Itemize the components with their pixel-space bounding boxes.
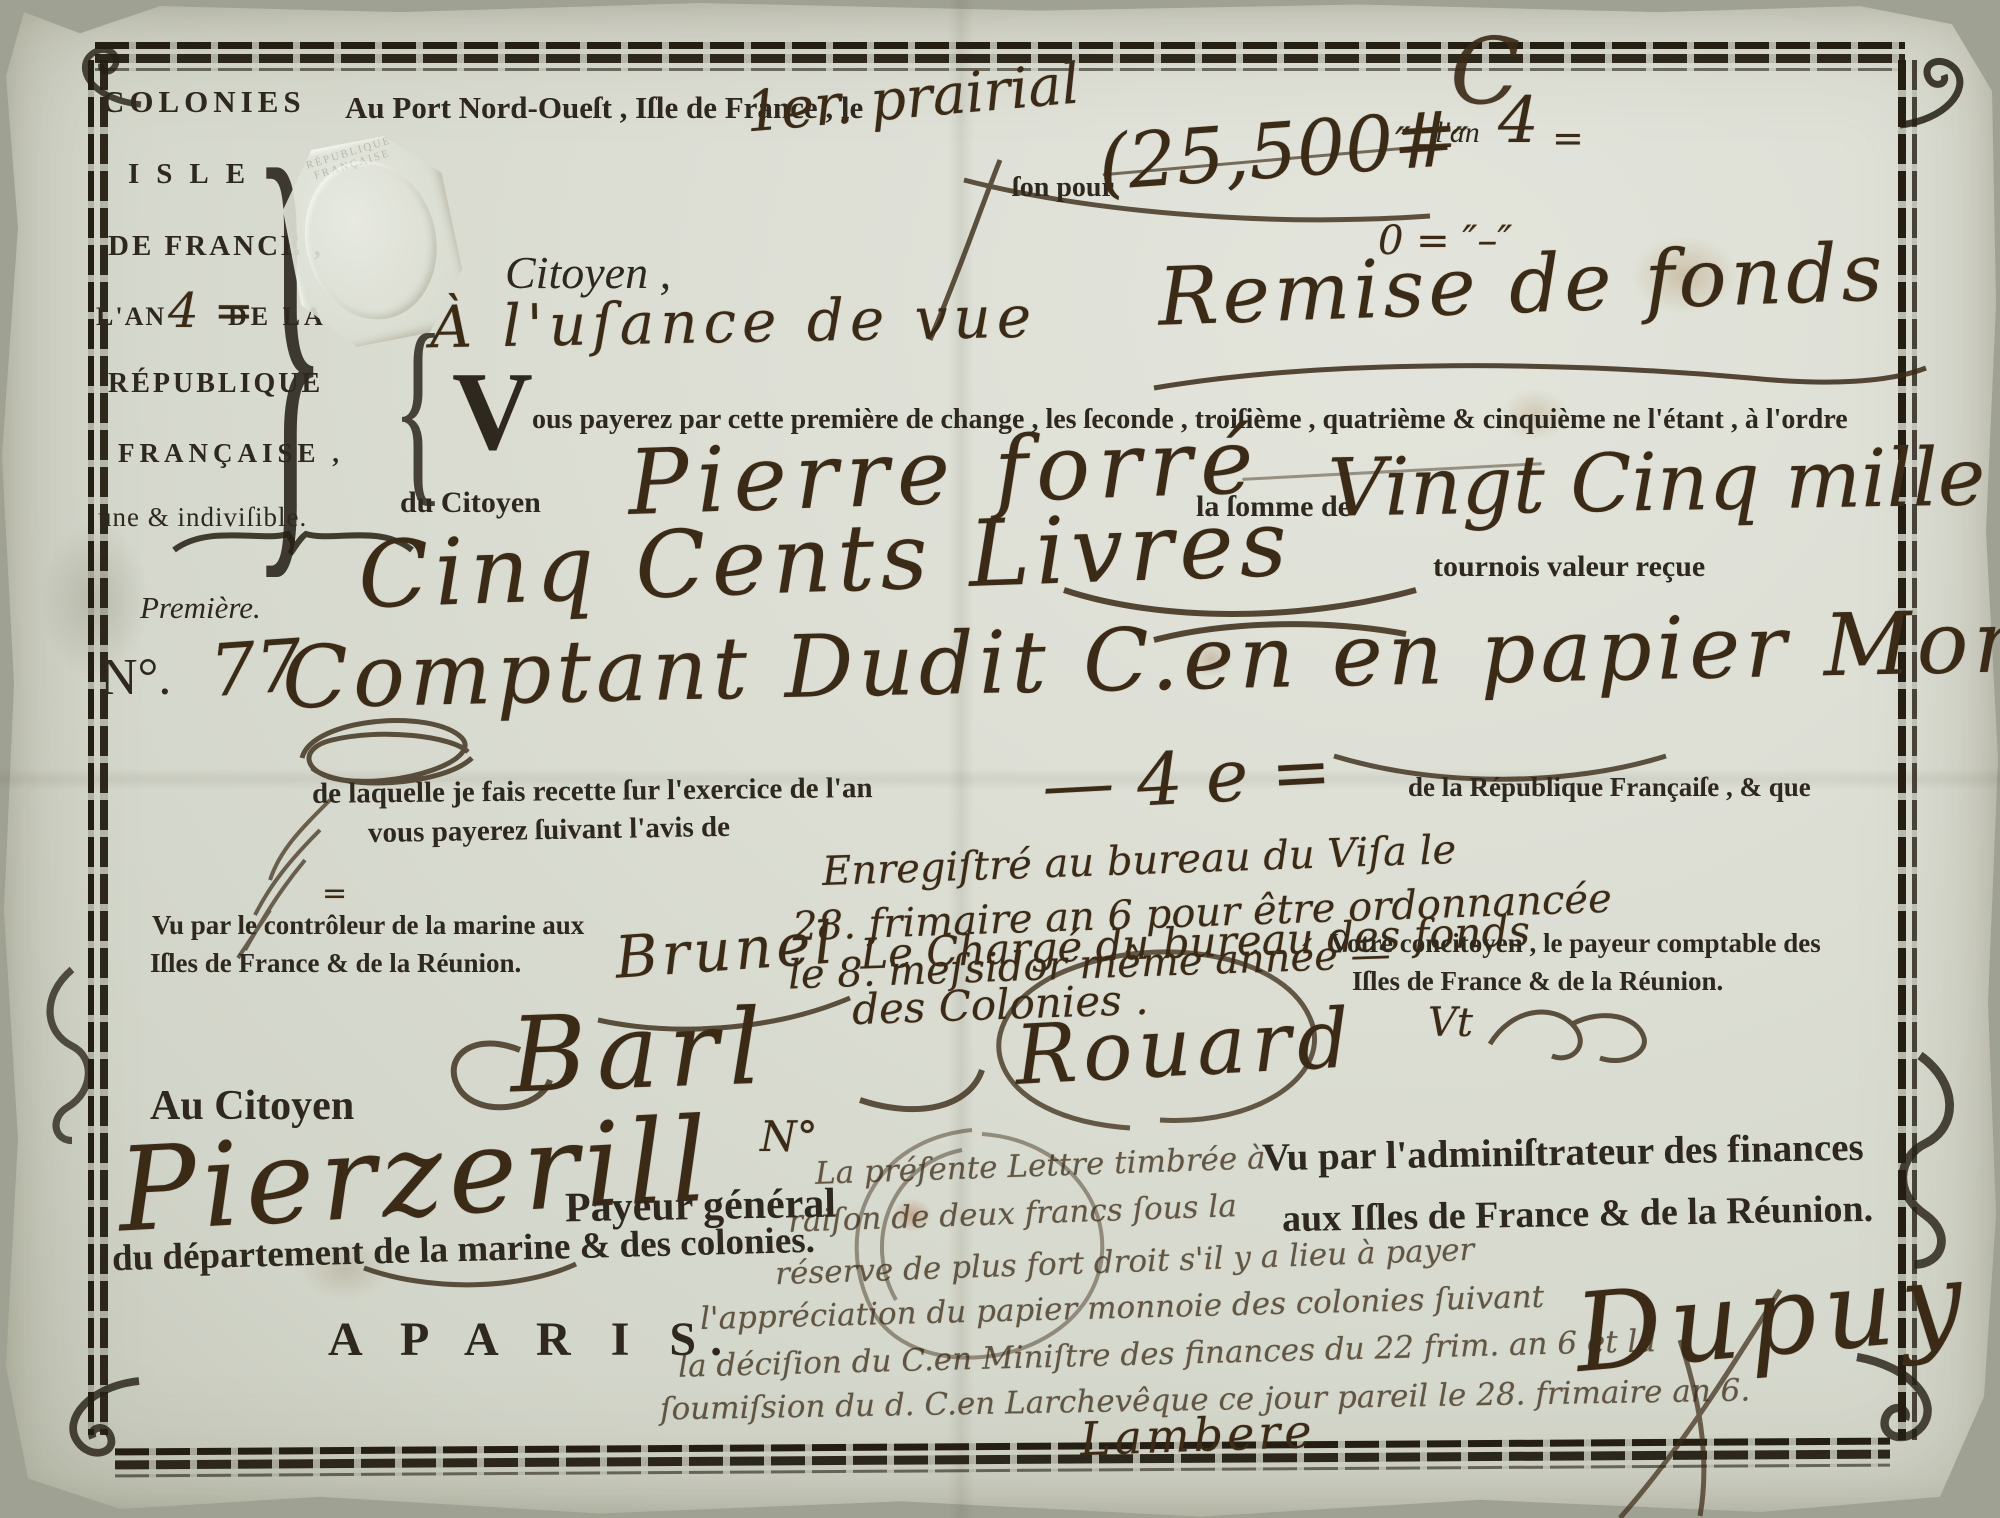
controller-line-1: Vu par le contrôleur de la marine aux (152, 910, 584, 941)
border-left-inner (100, 60, 108, 1435)
controller-check-mark: = (322, 876, 347, 911)
recette-year-handwritten: — 4 e = (1040, 728, 1333, 827)
amount-words-1-handwritten: Vingt Cinq mille (1327, 430, 1986, 534)
stampnote-no: N° (760, 1112, 818, 1161)
comptable-paraph-scribble (1482, 994, 1652, 1074)
stampnote-signature: Lambere (1079, 1404, 1316, 1466)
controller-line-2: Iſles de France & de la Réunion. (150, 948, 521, 979)
an-equals-handwritten: = (1552, 116, 1584, 160)
number-label: N°. (100, 648, 171, 707)
amount-fragment: ″—″ (1395, 118, 1468, 167)
border-left-outer (88, 60, 94, 1435)
dropcap-v: V (452, 348, 533, 477)
admin-sig-tail (1560, 1280, 1860, 1518)
recette-line-b: de la République Françaiſe , & que (1408, 772, 1811, 803)
border-top-outer (95, 42, 1905, 49)
scanned-document: COLONIES ISLE DE FRANCE , L'AN 4 = DE LA… (0, 0, 2000, 1518)
comptable-line-1: Votre concitoyen , le payeur comptable d… (1330, 928, 1821, 959)
recette-line-c: vous payerez ſuivant l'avis de (368, 811, 731, 850)
corner-ornament-bottom-left (40, 1370, 150, 1480)
masthead-isle: ISLE (128, 158, 262, 191)
bureau-signature: Rouard (1013, 991, 1358, 1104)
comptable-line-2: Iſles de France & de la Réunion. (1352, 966, 1723, 997)
remise-underswash (1150, 352, 1930, 402)
corner-ornament-top-right (1890, 25, 1990, 145)
du-citoyen-label: du Citoyen (400, 486, 541, 520)
an-value-handwritten: 4 (1498, 84, 1539, 158)
a-paris-label: A P A R I S. (328, 1312, 736, 1367)
recette-line-a: de laquelle je fais recette ſur l'exerci… (312, 772, 873, 811)
edge-ornament-right (1865, 1050, 1975, 1270)
masthead-an-before: L'AN (96, 302, 166, 332)
premiere-label: Première. (140, 590, 261, 626)
tournois-label: tournois valeur reçue (1433, 550, 1705, 584)
comptable-paraph-vt: Vt (1428, 1000, 1473, 1046)
edge-ornament-left (18, 960, 108, 1150)
